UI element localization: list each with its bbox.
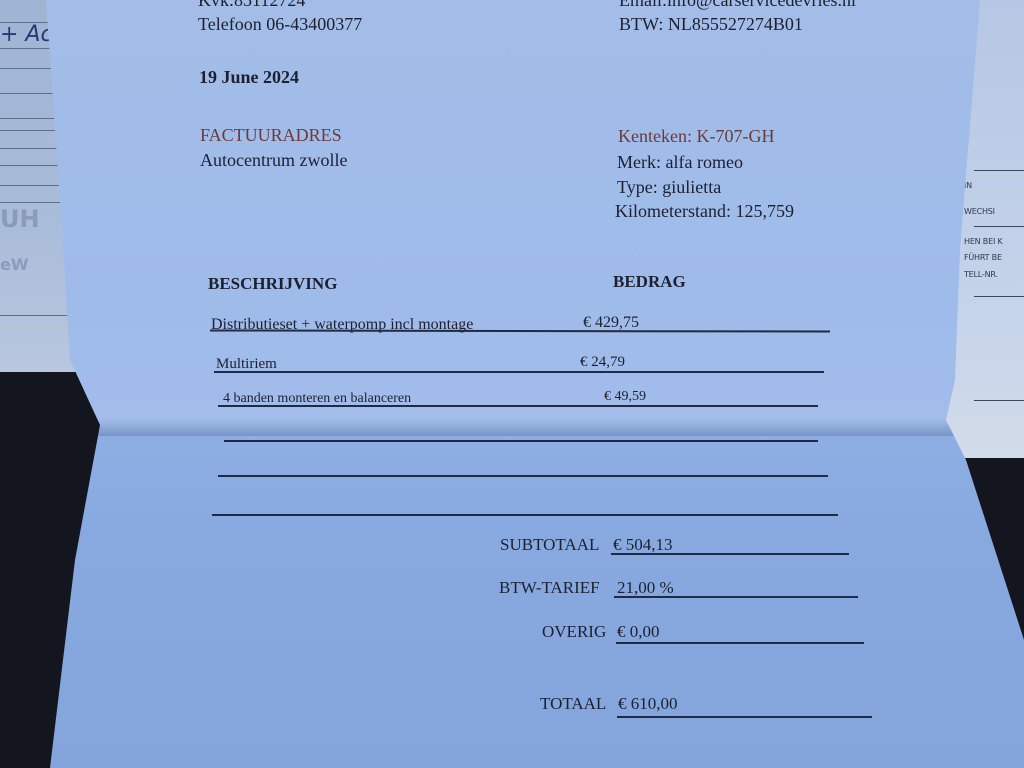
invoice-sheet: Kvk:85112724 Telefoon 06-43400377 Email:… <box>0 0 1024 768</box>
ghost-text: UH <box>0 205 40 233</box>
vehicle-km: Kilometerstand: 125,759 <box>615 201 794 222</box>
company-phone: Telefoon 06-43400377 <box>198 14 362 35</box>
row-amount: € 49,59 <box>604 389 646 405</box>
vehicle-kenteken: Kenteken: K-707-GH <box>618 126 774 147</box>
btw-label: BTW-TARIEF <box>499 578 600 598</box>
row-amount: € 24,79 <box>580 354 625 371</box>
row-rule <box>214 371 824 373</box>
empty-row-rule <box>212 514 838 516</box>
total-value: € 610,00 <box>618 694 678 714</box>
ruled-line <box>974 400 1024 401</box>
handwriting: + Ac <box>0 22 53 47</box>
ruled-line <box>974 226 1024 227</box>
ruled-line <box>974 296 1024 297</box>
subtotal-label: SUBTOTAAL <box>500 535 599 555</box>
form-label: TELL-NR. <box>964 270 998 279</box>
invoice-date: 19 June 2024 <box>199 67 299 88</box>
ghost-text: eW <box>0 255 29 274</box>
header-description: BESCHRIJVING <box>208 274 337 294</box>
empty-row-rule <box>224 440 818 442</box>
fold-shadow <box>90 418 970 436</box>
row-rule <box>218 405 818 407</box>
overig-label: OVERIG <box>542 622 606 642</box>
btw-value: 21,00 % <box>617 578 674 598</box>
billing-heading: FACTUURADRES <box>200 125 342 146</box>
billing-name: Autocentrum zwolle <box>200 150 347 171</box>
form-label: WECHSI <box>964 207 995 216</box>
company-btw: BTW: NL855527274B01 <box>619 14 803 35</box>
btw-rule <box>614 596 858 598</box>
empty-row-rule <box>218 475 828 477</box>
overig-value: € 0,00 <box>617 622 660 642</box>
company-email: Email:info@carservicedevries.nl <box>619 0 856 11</box>
vehicle-merk: Merk: alfa romeo <box>617 152 743 173</box>
ruled-line <box>974 170 1024 171</box>
header-amount: BEDRAG <box>613 272 686 292</box>
subtotal-value: € 504,13 <box>613 535 673 555</box>
company-kvk: Kvk:85112724 <box>198 0 305 11</box>
form-label: FÜHRT BE <box>964 253 1002 262</box>
subtotal-rule <box>611 553 849 555</box>
form-label: HEN BEI K <box>964 237 1003 246</box>
vehicle-type: Type: giulietta <box>617 177 721 198</box>
total-label: TOTAAL <box>540 694 606 714</box>
overig-rule <box>616 642 864 644</box>
total-rule <box>617 716 872 718</box>
